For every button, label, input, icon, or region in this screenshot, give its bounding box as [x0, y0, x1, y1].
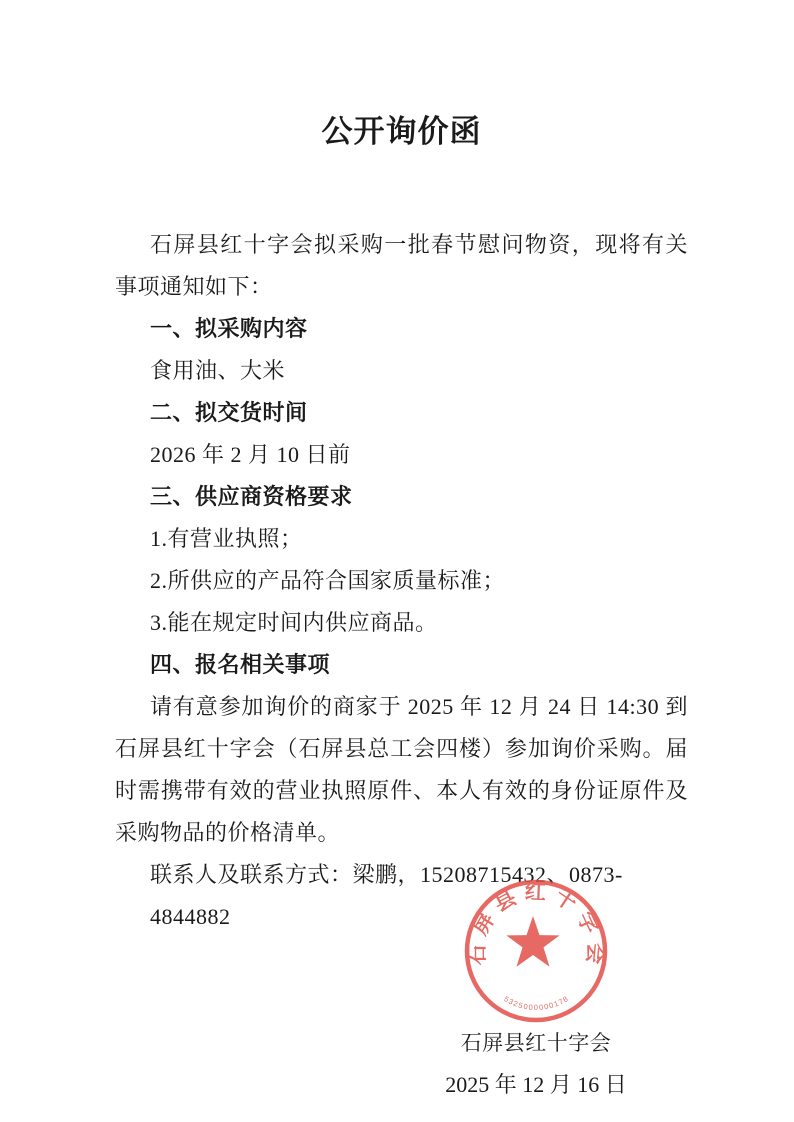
- seal-arc-text: 石屏县红十字会: [465, 880, 608, 972]
- signature-org-name: 石屏县红十字会: [378, 1022, 694, 1064]
- seal-code: 5325000000178: [502, 994, 570, 1012]
- signature-date: 2025 年 12 月 16 日: [378, 1064, 694, 1106]
- intro-paragraph: 石屏县红十字会拟采购一批春节慰问物资，现将有关事项通知如下：: [115, 224, 688, 308]
- seal-star-icon: [506, 916, 559, 967]
- page-title: 公开询价函: [115, 112, 688, 152]
- red-seal-stamp: 石屏县红十字会 5325000000178: [456, 871, 616, 1031]
- section-heading-4: 四、报名相关事项: [115, 644, 688, 686]
- section-3-item-3: 3.能在规定时间内供应商品。: [115, 602, 688, 644]
- section-3-item-1: 1.有营业执照；: [115, 518, 688, 560]
- signature-block: 石屏县红十字会 2025 年 12 月 16 日: [378, 1022, 694, 1106]
- section-heading-1: 一、拟采购内容: [115, 308, 688, 350]
- section-heading-2: 二、拟交货时间: [115, 392, 688, 434]
- seal-icon: 石屏县红十字会 5325000000178: [456, 871, 616, 1031]
- section-1-item: 食用油、大米: [115, 350, 688, 392]
- registration-paragraph: 请有意参加询价的商家于 2025 年 12 月 24 日 14:30 到石屏县红…: [115, 686, 688, 854]
- section-3-item-2: 2.所供应的产品符合国家质量标准；: [115, 560, 688, 602]
- svg-text:5325000000178: 5325000000178: [502, 994, 570, 1012]
- svg-text:石屏县红十字会: 石屏县红十字会: [465, 880, 608, 972]
- section-2-item: 2026 年 2 月 10 日前: [115, 434, 688, 476]
- document-page: 公开询价函 石屏县红十字会拟采购一批春节慰问物资，现将有关事项通知如下： 一、拟…: [0, 0, 794, 1122]
- section-heading-3: 三、供应商资格要求: [115, 476, 688, 518]
